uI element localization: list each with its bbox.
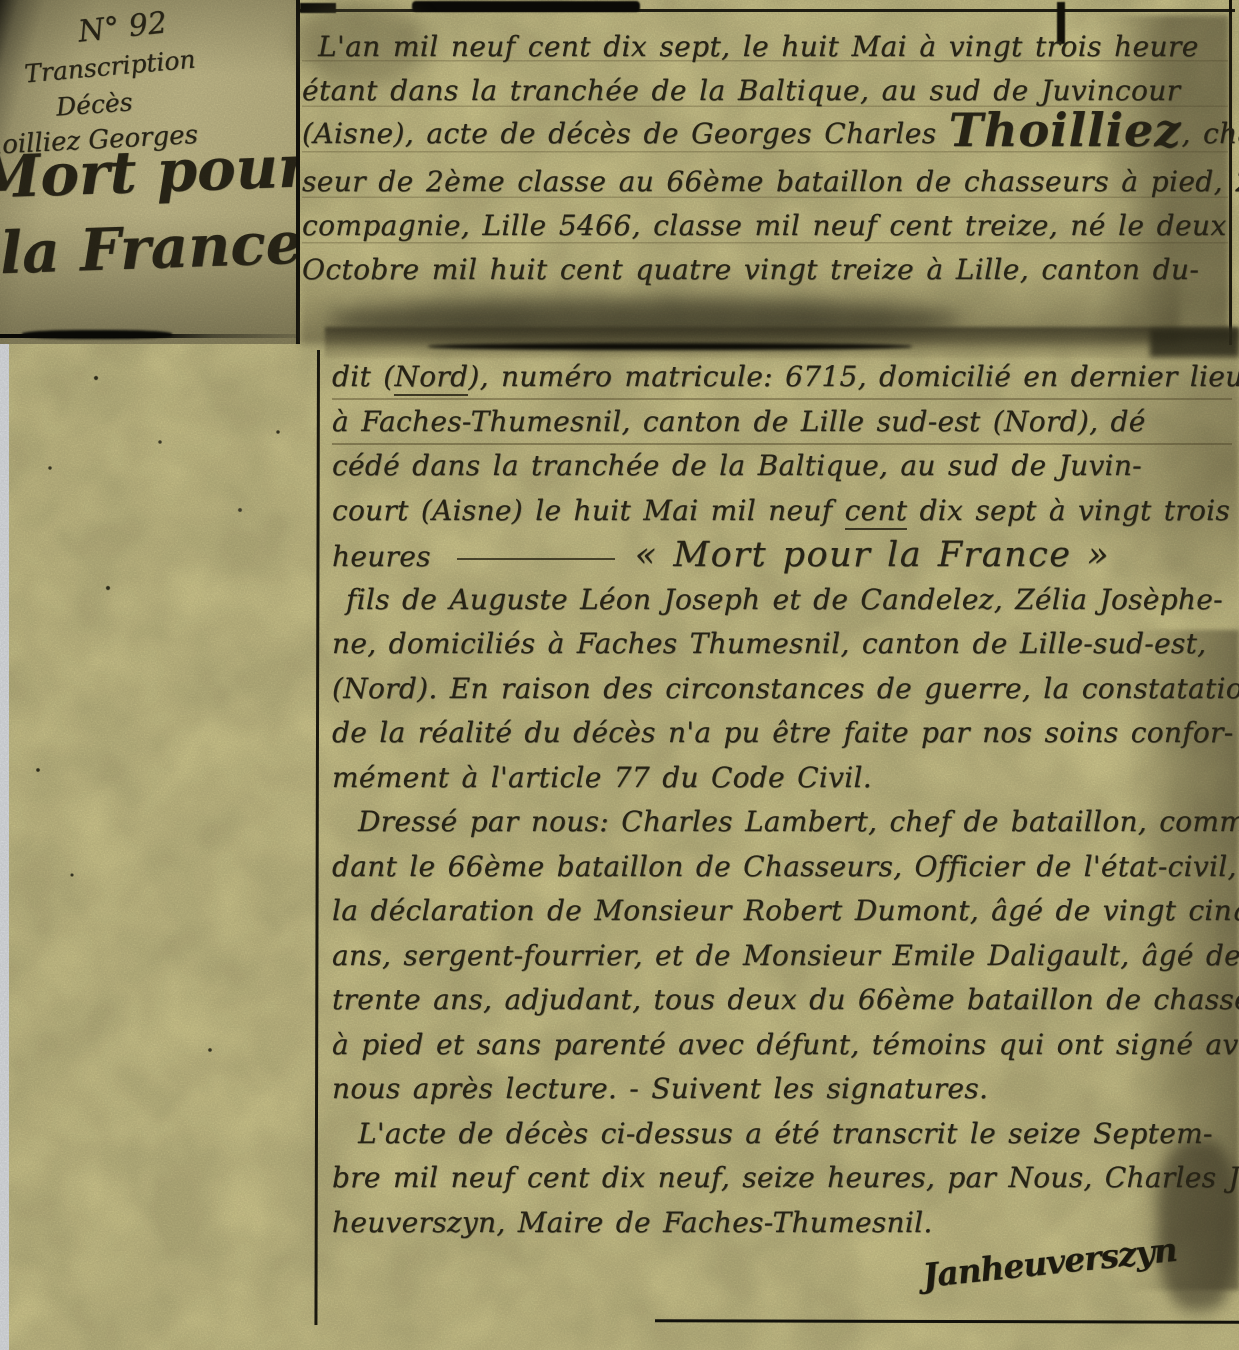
act-line-mort-pour-la-france: heures« Mort pour la France » <box>332 533 1239 578</box>
filler-rule <box>457 558 615 560</box>
faint-baseline-rule <box>332 443 1232 445</box>
lower-block-left-rule <box>314 350 320 1325</box>
ink-blob <box>22 330 172 339</box>
underlined-word: cent <box>845 494 908 530</box>
act-line: à pied et sans parenté avec défunt, témo… <box>332 1023 1239 1068</box>
line-segment: ), numéro matricule: 6715, domicilié en … <box>468 360 1239 393</box>
line-segment: (Aisne), acte de décès de Georges Charle… <box>302 117 949 150</box>
scanner-edge-strip <box>0 338 9 1350</box>
act-line: dant le 66ème bataillon de Chasseurs, Of… <box>332 845 1239 890</box>
act-line: court (Aisne) le huit Mai mil neuf cent … <box>332 489 1239 534</box>
act-line: mément à l'article 77 du Code Civil. <box>332 756 1239 801</box>
act-line: seur de 2ème classe au 66ème bataillon d… <box>302 165 1239 198</box>
act-line: ne, domiciliés à Faches Thumesnil, canto… <box>332 622 1239 667</box>
margin-annotation-block: N° 92 Transcription Décès Thoilliez Geor… <box>0 0 300 344</box>
ink-tick-top-left <box>300 3 336 13</box>
act-line: Octobre mil huit cent quatre vingt treiz… <box>302 253 1199 286</box>
act-line: dit (Nord), numéro matricule: 6715, domi… <box>332 355 1239 400</box>
underlined-word: Nord <box>394 360 468 396</box>
margin-deces-label: Décès <box>55 87 133 121</box>
stain <box>1128 630 1239 1290</box>
ink-smear-top <box>412 1 640 12</box>
stain <box>1158 1140 1239 1310</box>
smudge-band <box>325 327 1239 358</box>
line-segment: , cha <box>1181 117 1239 150</box>
act-line: bre mil neuf cent dix neuf, seize heures… <box>332 1156 1239 1201</box>
margin-block-bottom-rule <box>0 334 296 338</box>
line-segment: dit ( <box>332 360 394 393</box>
mort-pour-la-france-line2: la France <box>0 209 300 288</box>
upper-block-top-rule <box>300 9 1235 12</box>
act-line: fils de Auguste Léon Joseph et de Candel… <box>332 578 1239 623</box>
margin-deceased-name: Thoilliez Georges <box>0 120 199 162</box>
paper-specks <box>10 350 322 1340</box>
act-line: (Aisne), acte de décès de Georges Charle… <box>302 117 1239 150</box>
mort-pour-la-france-quote: « Mort pour la France » <box>635 535 1110 575</box>
act-line: nous après lecture. - Suivent les signat… <box>332 1067 1239 1112</box>
scanned-death-certificate: N° 92 Transcription Décès Thoilliez Geor… <box>0 0 1239 1350</box>
line-segment: heures <box>332 540 431 573</box>
act-line: compagnie, Lille 5466, classe mil neuf c… <box>302 209 1227 242</box>
stain <box>1080 355 1239 625</box>
scan-grain-texture <box>0 0 1239 1350</box>
act-line: à Faches-Thumesnil, canton de Lille sud-… <box>332 400 1239 445</box>
act-line: de la réalité du décès n'a pu être faite… <box>332 711 1239 756</box>
act-line: cédé dans la tranchée de la Baltique, au… <box>332 444 1239 489</box>
paper-mottle-texture <box>0 0 1239 1350</box>
act-line: (Nord). En raison des circonstances de g… <box>332 667 1239 712</box>
smudge-band-right <box>1150 329 1239 357</box>
act-line: trente ans, adjudant, tous deux du 66ème… <box>332 978 1239 1023</box>
act-number: N° 92 <box>76 5 168 49</box>
deceased-surname: Thoilliez <box>949 120 1182 140</box>
faint-baseline-rule <box>332 398 1232 400</box>
bottom-rule <box>655 1319 1239 1324</box>
act-line: L'acte de décès ci-dessus a été transcri… <box>332 1112 1239 1157</box>
act-line: la déclaration de Monsieur Robert Dumont… <box>332 889 1239 934</box>
stain <box>330 298 960 342</box>
act-line: heuverszyn, Maire de Faches-Thumesnil. <box>332 1201 1239 1246</box>
act-line: L'an mil neuf cent dix sept, le huit Mai… <box>318 30 1199 63</box>
line-segment: dix sept à vingt trois <box>907 494 1230 527</box>
act-line: ans, sergent-fourrier, et de Monsieur Em… <box>332 934 1239 979</box>
margin-transcription-label: Transcription <box>23 45 196 89</box>
mort-pour-la-france-line1: Mort pour <box>0 132 300 212</box>
mayor-signature: Janheuverszyn <box>921 1230 1179 1295</box>
act-line: Dressé par nous: Charles Lambert, chef d… <box>332 800 1239 845</box>
line-segment: court (Aisne) le huit Mai mil neuf <box>332 494 845 527</box>
act-body-text: dit (Nord), numéro matricule: 6715, domi… <box>332 355 1239 1245</box>
smudge-band-core <box>428 343 912 350</box>
